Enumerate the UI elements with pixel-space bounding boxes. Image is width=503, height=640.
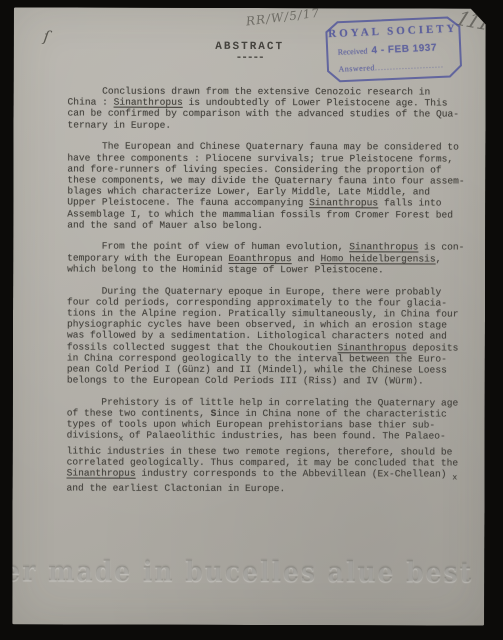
paragraph-1: Conclusions drawn from the extensive Cen… <box>67 86 471 132</box>
paragraph-5: Prehistory is of little help in correlat… <box>67 396 471 495</box>
typewritten-line: and the sand of Mauer also belong. <box>67 219 471 231</box>
abstract-body: Conclusions drawn from the extensive Cen… <box>67 86 472 506</box>
paragraph-4: During the Quaternary epoque in Europe, … <box>67 285 471 387</box>
embossed-watermark-text: er made in bucelles alue best re <box>4 555 503 589</box>
typewritten-line: ternary in Europe. <box>67 119 471 131</box>
paragraph-3: From the point of view of human evolutio… <box>67 241 471 276</box>
handwritten-ref-code: RR/W/5/17 <box>245 6 321 29</box>
title-underline-dashes: ----- <box>14 51 486 64</box>
typewritten-line: belongs to the European Cold Periods III… <box>67 375 471 387</box>
typewritten-line: and the earliest Clactonian in Europe. <box>67 483 471 495</box>
typewritten-line: divisionsx of Palaeolithic industries, h… <box>67 430 471 446</box>
paragraph-2: The European and Chinese Quaternary faun… <box>67 141 471 232</box>
stamp-answered-label: Answered <box>338 63 375 74</box>
scanned-page: RR/W/5/17 111 ſ ROYAL SOCIETY Received4 … <box>12 7 486 625</box>
typewritten-line: Sinanthropus industry corresponds to the… <box>67 468 471 484</box>
typewritten-line: which belong to the Hominid stage of Low… <box>67 263 471 275</box>
